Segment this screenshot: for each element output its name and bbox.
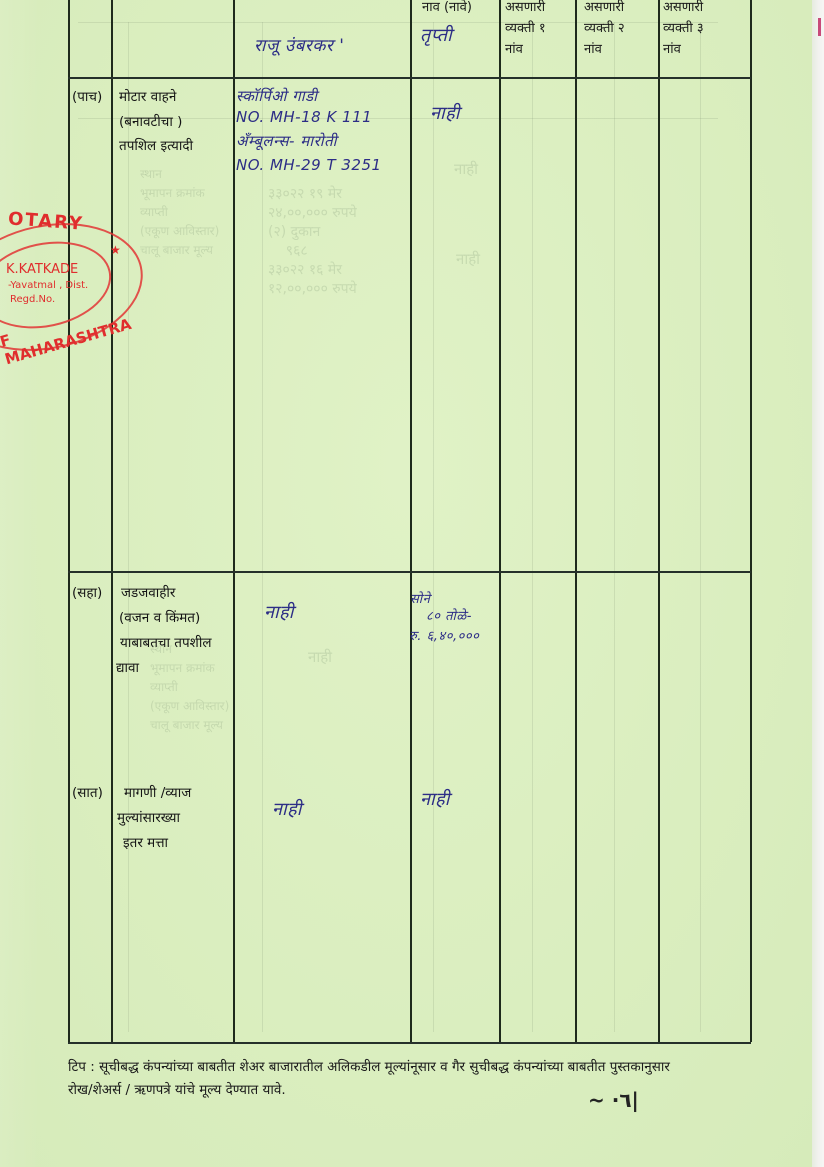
stamp-place: -Yavatmal , Dist. <box>8 280 88 291</box>
header-person1-line1: असणारी <box>505 0 545 17</box>
row-description-line: तपशिल इत्यादी <box>119 135 193 157</box>
notary-stamp: OTARY ★ K.KATKADE -Yavatmal , Dist. Regd… <box>0 205 145 355</box>
header-person3-line1: असणारी <box>663 0 703 17</box>
page-edge-mark <box>818 18 821 36</box>
header-person3-line2: व्यक्ती ३ <box>663 19 704 38</box>
handwritten-entry: नाही <box>264 603 294 623</box>
row-number: (सहा) <box>72 582 102 604</box>
header-person2-line2: व्यक्ती २ <box>584 19 625 38</box>
row-description-line: जडजवाहीर <box>121 582 175 604</box>
header-person3-line3: नांव <box>663 40 681 59</box>
row-number: (पाच) <box>72 86 102 108</box>
header-person1-line3: नांव <box>505 40 523 59</box>
handwritten-entry: नाही <box>420 790 450 810</box>
handwritten-entry: ८० तोळे- <box>426 607 472 627</box>
stamp-reg-no: Regd.No. <box>10 294 55 305</box>
row-number: (सात) <box>72 782 103 804</box>
footnote-line-1: टिप : सूचीबद्ध कंपन्यांच्या बाबतीत शेअर … <box>68 1056 758 1079</box>
row-description-line: मोटार वाहने <box>119 86 176 108</box>
row-description-line: याबाबतचा तपशील <box>120 632 212 654</box>
handwritten-entry: नाही <box>430 104 460 124</box>
row-description-line: (वजन व किंमत) <box>119 607 200 629</box>
row-description-line: मागणी /व्याज <box>124 782 191 804</box>
row-description-line: (बनावटीचा ) <box>119 111 182 133</box>
footnote: टिप : सूचीबद्ध कंपन्यांच्या बाबतीत शेअर … <box>68 1056 758 1102</box>
header-person2-line3: नांव <box>584 40 602 59</box>
row-description-line: मुल्यांसारख्या <box>117 807 180 829</box>
footnote-line-2: रोख/शेअर्स / ऋणपत्रे यांचे मूल्य देण्यात… <box>68 1079 758 1102</box>
handwritten-entry: स्कॉर्पिओ गाडी <box>236 86 318 106</box>
handwritten-entry: NO. MH-29 T 3251 <box>236 155 382 175</box>
header-person1-line2: व्यक्ती १ <box>505 19 546 38</box>
header-person2-line1: असणारी <box>584 0 624 17</box>
handwritten-entry: नाही <box>272 800 302 820</box>
star-icon: ★ <box>110 243 121 257</box>
row-description-line: द्यावा <box>116 657 139 679</box>
stamp-notary-name: K.KATKADE <box>6 262 78 277</box>
handwritten-name-2: तृप्ती <box>420 26 452 46</box>
row-description-line: इतर मत्ता <box>123 832 168 854</box>
handwritten-entry: अँम्बूलन्स- मारोती <box>236 131 337 151</box>
signature-mark: ~ ·٦| <box>588 1088 639 1112</box>
page-edge <box>812 0 824 1167</box>
handwritten-name-1: राजू उंबरकर ' <box>254 36 344 56</box>
handwritten-entry: NO. MH-18 K 111 <box>236 107 372 127</box>
handwritten-entry: रु. ६,४०,००० <box>409 627 479 647</box>
header-name-label: नाव (नावे) <box>422 0 472 17</box>
